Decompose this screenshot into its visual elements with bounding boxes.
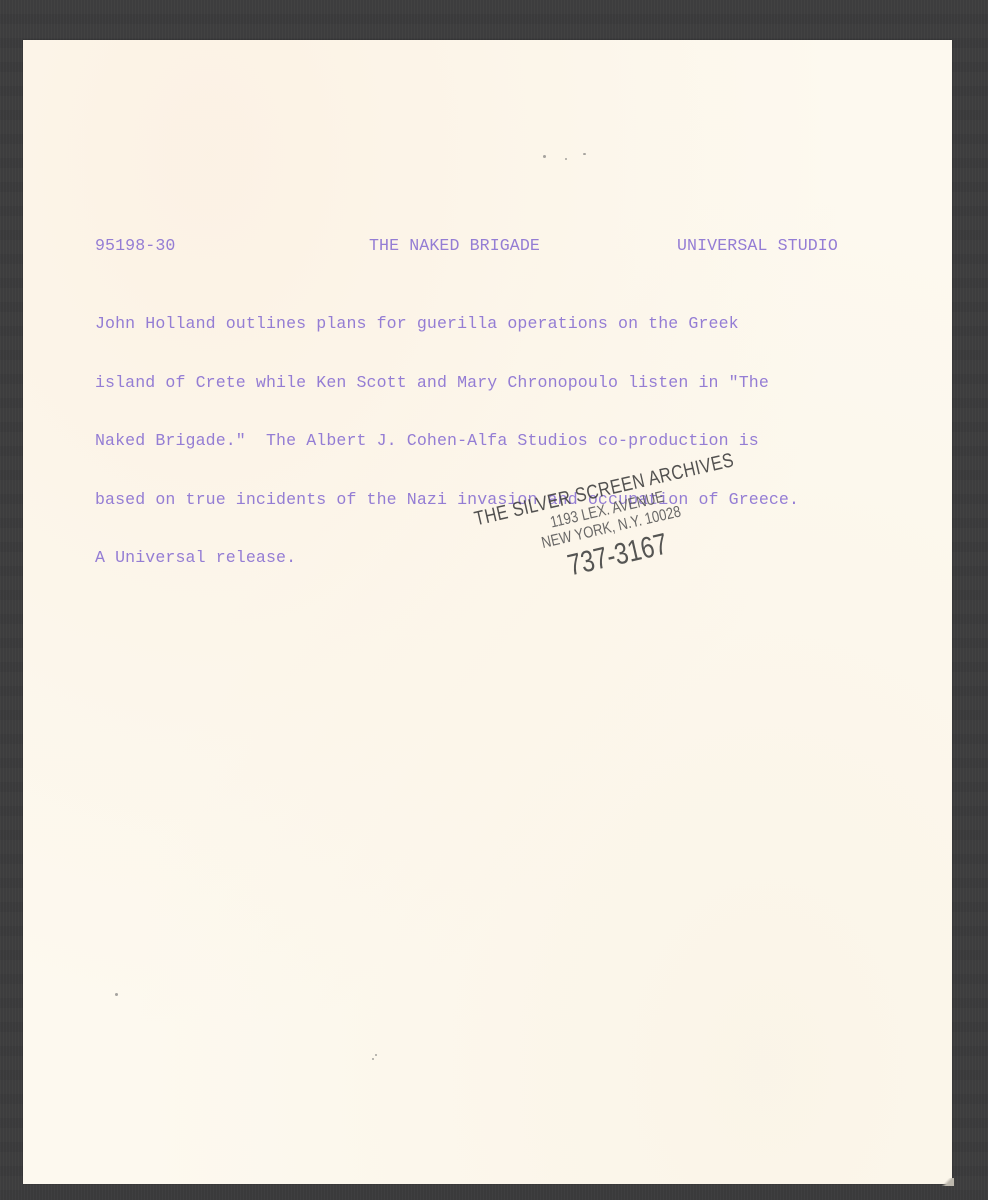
- film-title: THE NAKED BRIGADE: [369, 236, 540, 255]
- paper-speck: [543, 155, 546, 158]
- paper-speck: [565, 158, 567, 160]
- paper-speck: [115, 993, 118, 996]
- caption-line: island of Crete while Ken Scott and Mary…: [95, 373, 799, 393]
- paper-speck: [583, 153, 586, 155]
- studio-name: UNIVERSAL STUDIO: [677, 236, 838, 255]
- paper-speck: [375, 1054, 377, 1056]
- caption-line: John Holland outlines plans for guerilla…: [95, 314, 799, 334]
- paper-corner-crease: [940, 1178, 954, 1186]
- photo-back-paper: 95198-30 THE NAKED BRIGADE UNIVERSAL STU…: [23, 40, 952, 1184]
- photo-number: 95198-30: [95, 236, 175, 255]
- paper-speck: [372, 1058, 374, 1060]
